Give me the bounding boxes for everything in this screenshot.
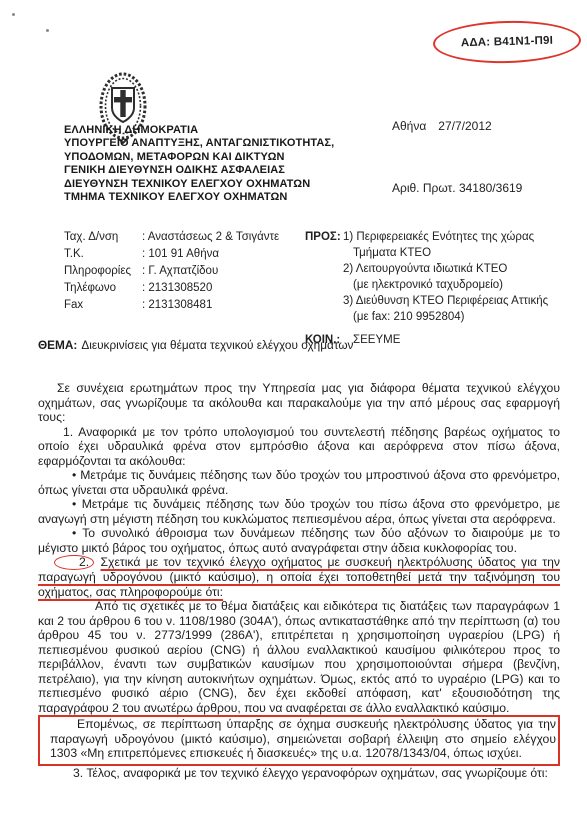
koin-value: ΣΕΕΥΜΕ	[353, 332, 400, 348]
contact-row: Τ.Κ. : 101 91 Αθήνα	[64, 246, 279, 263]
paragraph-item-1: 1. Αναφορικά με τον τρόπο υπολογισμού το…	[38, 425, 560, 469]
recipient-line: (με fax: 210 9952804)	[343, 309, 573, 325]
bullet-item-3: • Το συνολικό άθροισμα των δυνάμεων πέδη…	[38, 526, 560, 555]
paragraph-intro: Σε συνέχεια ερωτημάτων προς την Υπηρεσία…	[38, 381, 560, 425]
contact-row: Τηλέφωνο : 2131308520	[64, 280, 279, 297]
recipient-line: 1) Περιφερειακές Ενότητες της χώρας	[343, 229, 573, 245]
org-line: ΥΠΟΔΟΜΩΝ, ΜΕΤΑΦΟΡΩΝ ΚΑΙ ΔΙΚΤΥΩΝ	[64, 151, 334, 164]
paragraph-item-3: 3. Τέλος, αναφορικά με τον τεχνικό έλεγχ…	[38, 766, 560, 781]
ada-number: ΑΔΑ: Β41Ν1-Π9Ι	[461, 35, 554, 49]
bullet-item-2: • Μετράμε τις δυνάμεις πέδησης των δύο τ…	[38, 497, 560, 526]
red-box-annotation: Επομένως, σε περίπτωση ύπαρξης σε όχημα …	[38, 715, 560, 766]
recipient-line: 2) Λειτουργούντα ιδιωτικά ΚΤΕΟ	[343, 261, 573, 277]
pros-row: ΠΡΟΣ: 1) Περιφερειακές Ενότητες της χώρα…	[305, 229, 573, 325]
contact-info: Ταχ. Δ/νση : Αναστάσεως 2 & Τσιγάντε Τ.Κ…	[64, 229, 279, 314]
org-line: ΤΜΗΜΑ ΤΕΧΝΙΚΟΥ ΕΛΕΓΧΟΥ ΟΧΗΜΑΤΩΝ	[64, 191, 334, 204]
contact-row: Fax : 2131308481	[64, 297, 279, 314]
contact-label: Τ.Κ.	[64, 246, 142, 263]
letter-date-value: 27/7/2012	[438, 119, 491, 133]
recipient-line: 3) Διεύθυνση ΚΤΕΟ Περιφέρειας Αττικής	[343, 293, 573, 309]
org-line: ΓΕΝΙΚΗ ΔΙΕΥΘΥΝΣΗ ΟΔΙΚΗΣ ΑΣΦΑΛΕΙΑΣ	[64, 164, 334, 177]
subject-label: ΘΕΜΑ:	[38, 338, 77, 352]
org-line: ΥΠΟΥΡΓΕΙΟ ΑΝΑΠΤΥΞΗΣ, ΑΝΤΑΓΩΝΙΣΤΙΚΟΤΗΤΑΣ,	[64, 137, 334, 150]
contact-row: Πληροφορίες : Γ. Αχπατζίδου	[64, 263, 279, 280]
org-line: ΔΙΕΥΘΥΝΣΗ ΤΕΧΝΙΚΟΥ ΕΛΕΓΧΟΥ ΟΧΗΜΑΤΩΝ	[64, 178, 334, 191]
org-line: ΕΛΛΗΝΙΚΗ ΔΗΜΟΚΡΑΤΙΑ	[64, 124, 334, 137]
contact-label: Πληροφορίες	[64, 263, 142, 280]
letter-date: Αθήνα27/7/2012	[392, 119, 492, 133]
scan-speck	[46, 29, 49, 32]
document-page: ΑΔΑ: Β41Ν1-Π9Ι ΕΛΛΗΝΙΚΗ ΔΗΜΟΚΡΑΤΙΑ ΥΠΟΥΡ…	[0, 0, 587, 821]
contact-label: Τηλέφωνο	[64, 280, 142, 297]
red-ellipse-annotation: ΑΔΑ: Β41Ν1-Π9Ι	[432, 19, 581, 65]
paragraph-item-2-underlined: 2. Σχετικά με τον τεχνικό έλεγχο οχήματο…	[38, 555, 560, 599]
pros-label: ΠΡΟΣ:	[305, 229, 343, 325]
contact-value: : Γ. Αχπατζίδου	[142, 263, 218, 280]
contact-value: : 2131308481	[142, 297, 212, 314]
recipient-line: Τμήματα ΚΤΕΟ	[343, 245, 573, 261]
underlined-text: Σχετικά με τον τεχνικό έλεγχο οχήματος μ…	[38, 555, 560, 599]
letter-body: Σε συνέχεια ερωτημάτων προς την Υπηρεσία…	[38, 381, 560, 780]
protocol-number: Αριθ. Πρωτ. 34180/3619	[392, 181, 522, 195]
contact-label: Fax	[64, 297, 142, 314]
paragraph-law-reference: Από τις σχετικές με το θέμα διατάξεις κα…	[38, 599, 560, 715]
contact-row: Ταχ. Δ/νση : Αναστάσεως 2 & Τσιγάντε	[64, 229, 279, 246]
scan-speck	[12, 13, 15, 16]
recipient-line: (με ηλεκτρονικό ταχυδρομείο)	[343, 277, 573, 293]
contact-value: : Αναστάσεως 2 & Τσιγάντε	[142, 229, 279, 246]
contact-value: : 2131308520	[142, 280, 212, 297]
red-circle-annotation: 2.	[54, 555, 94, 570]
letter-city: Αθήνα	[392, 119, 426, 133]
contact-label: Ταχ. Δ/νση	[64, 229, 142, 246]
org-header: ΕΛΛΗΝΙΚΗ ΔΗΜΟΚΡΑΤΙΑ ΥΠΟΥΡΓΕΙΟ ΑΝΑΠΤΥΞΗΣ,…	[64, 124, 334, 204]
recipients-block: ΠΡΟΣ: 1) Περιφερειακές Ενότητες της χώρα…	[305, 229, 573, 348]
recipient-list: 1) Περιφερειακές Ενότητες της χώρας Τμήμ…	[343, 229, 573, 325]
contact-value: : 101 91 Αθήνα	[142, 246, 219, 263]
subject-line: ΘΕΜΑ:Διευκρινίσεις για θέματα τεχνικού ε…	[38, 338, 353, 352]
bullet-item-1: • Μετράμε τις δυνάμεις πέδησης των δύο τ…	[38, 468, 560, 497]
subject-text: Διευκρινίσεις για θέματα τεχνικού ελέγχο…	[81, 338, 353, 352]
